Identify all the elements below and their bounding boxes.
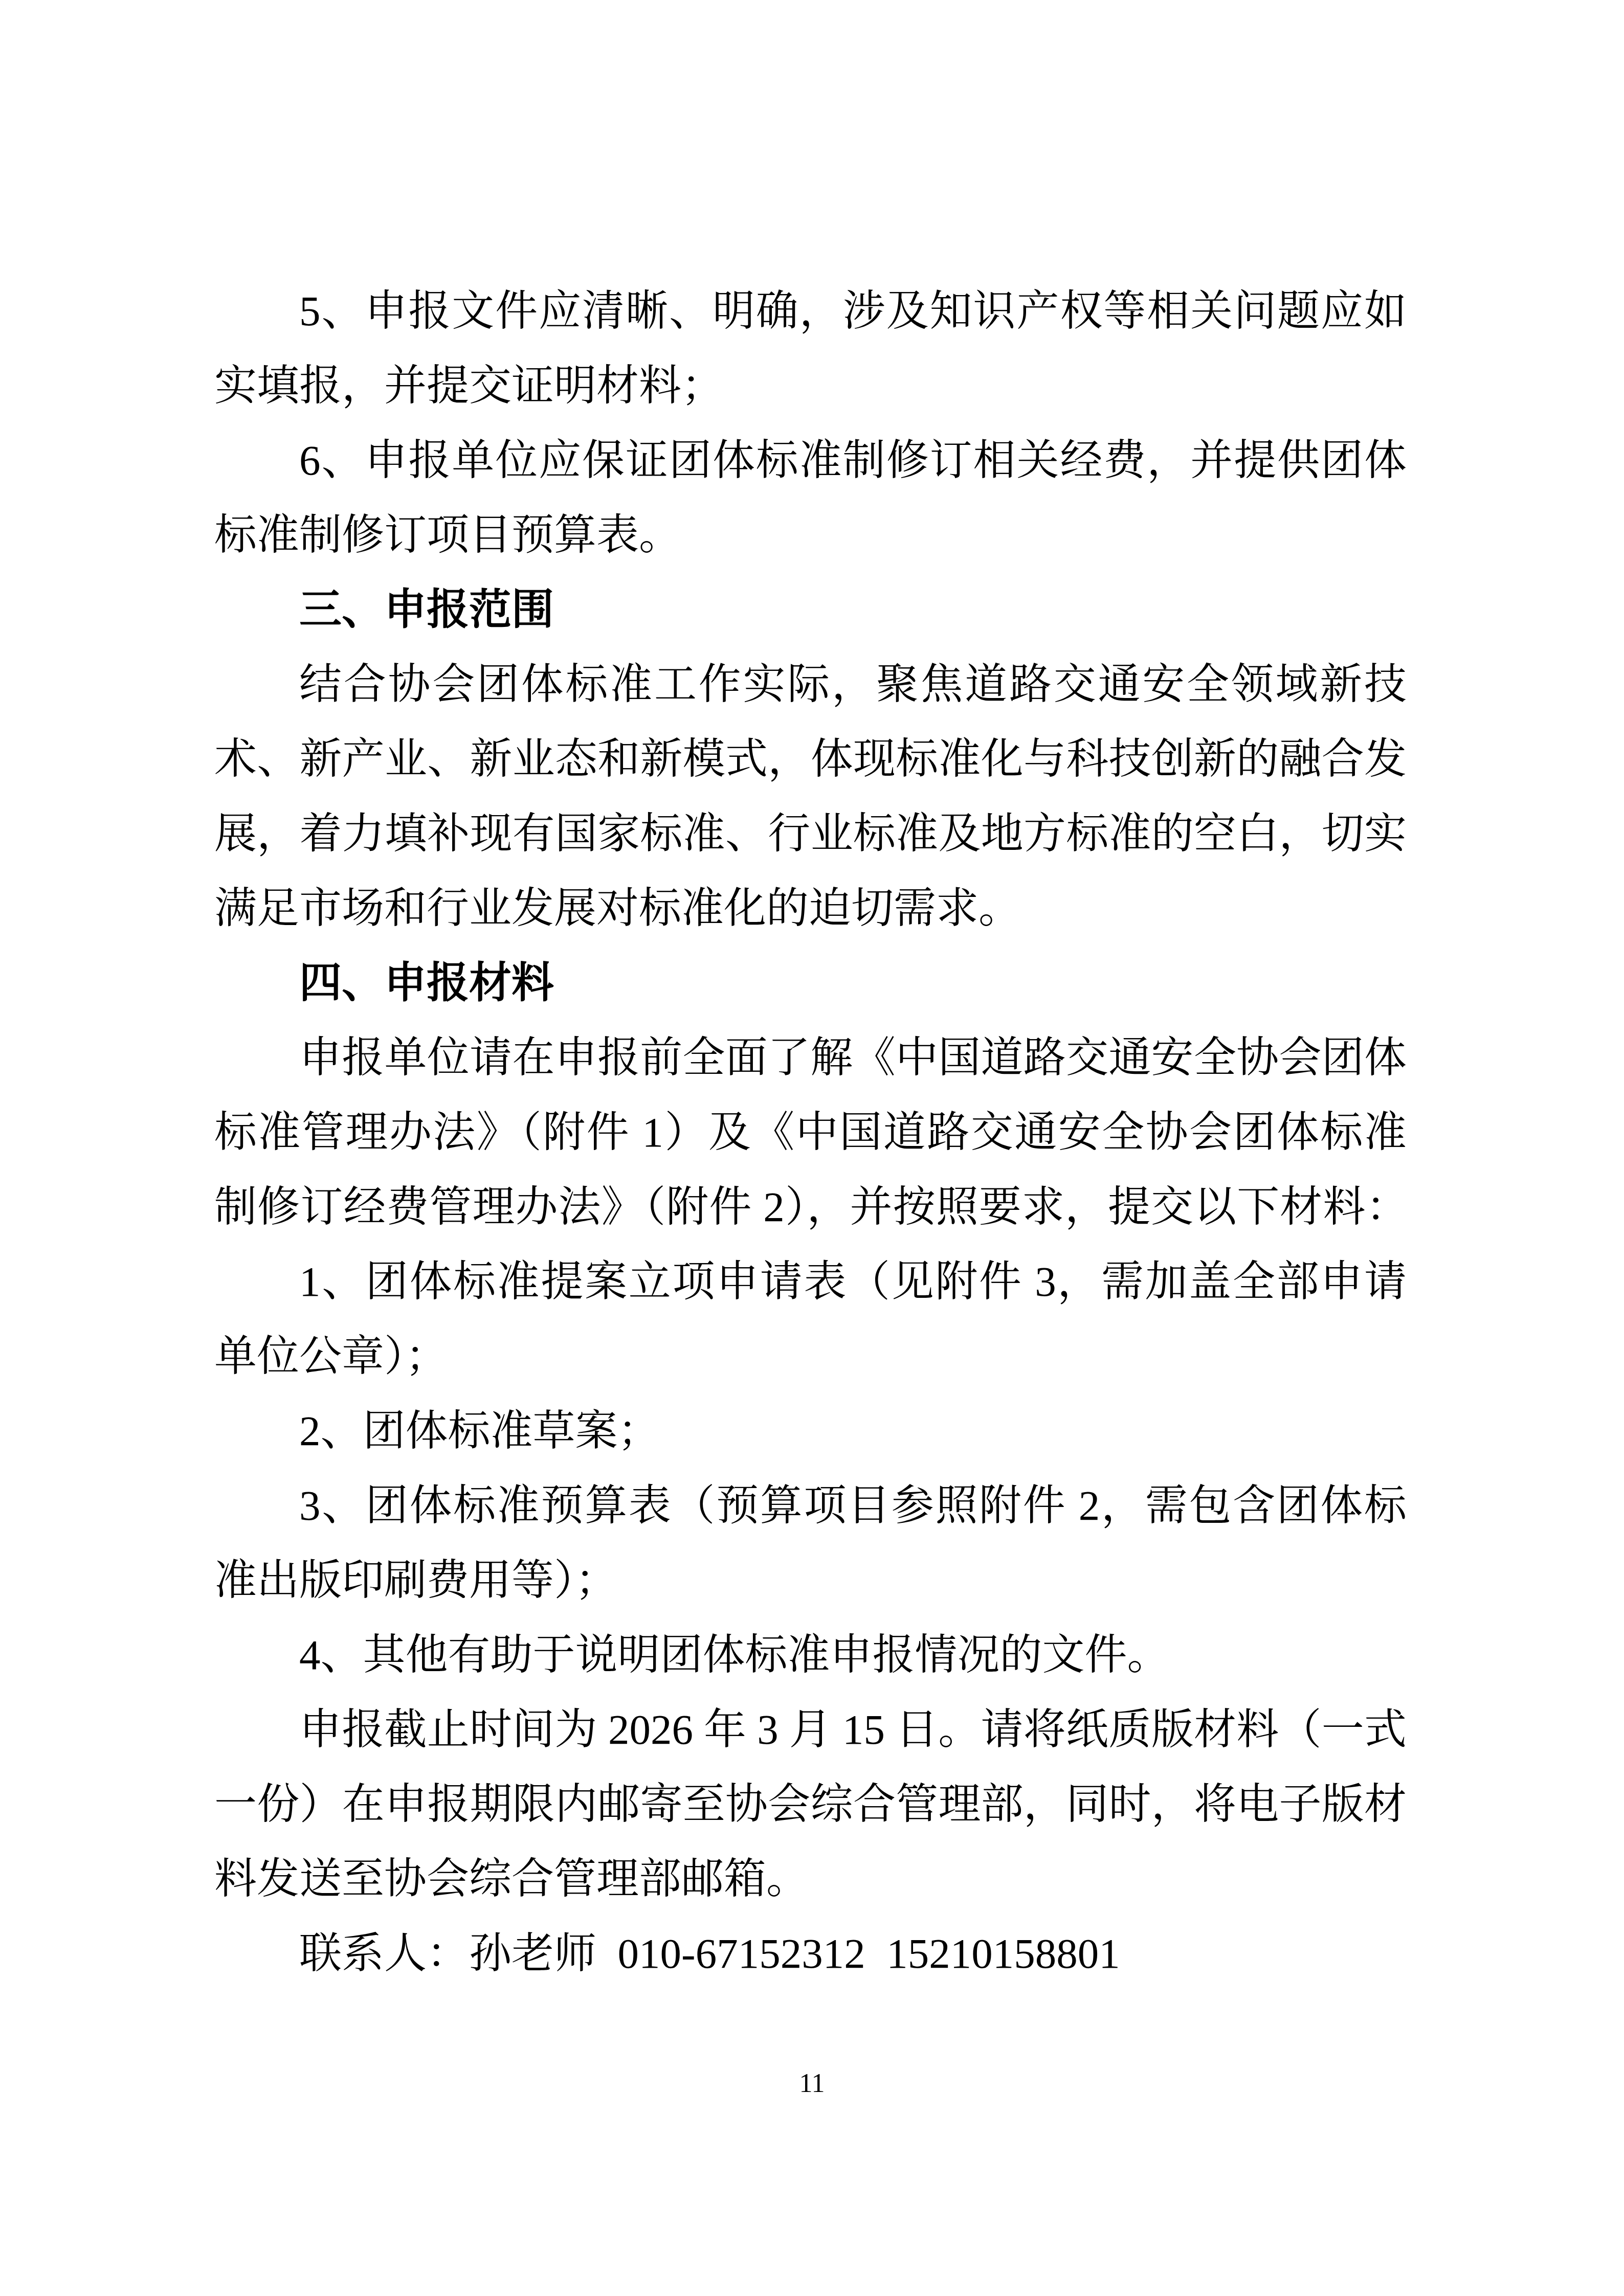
text-line: 申报单位请在申报前全面了解《中国道路交通安全协会团体: [214, 1020, 1407, 1095]
text-line: 2、团体标准草案；: [214, 1393, 1407, 1468]
text-line: 制修订经费管理办法》（附件 2），并按照要求，提交以下材料：: [214, 1169, 1407, 1244]
text-line: 3、团体标准预算表（预算项目参照附件 2，需包含团体标: [214, 1468, 1407, 1543]
text-line: 实填报，并提交证明材料；: [214, 348, 1407, 423]
page-number: 11: [0, 2068, 1624, 2099]
text-line: 料发送至协会综合管理部邮箱。: [214, 1841, 1407, 1916]
text-line: 5、申报文件应清晰、明确，涉及知识产权等相关问题应如: [214, 274, 1407, 348]
text-line: 术、新产业、新业态和新模式，体现标准化与科技创新的融合发: [214, 722, 1407, 796]
text-line: 标准管理办法》（附件 1）及《中国道路交通安全协会团体标准: [214, 1095, 1407, 1169]
text-line: 准出版印刷费用等）；: [214, 1543, 1407, 1617]
text-line: 单位公章）；: [214, 1319, 1407, 1393]
text-line: 申报截止时间为 2026 年 3 月 15 日。请将纸质版材料（一式: [214, 1692, 1407, 1767]
text-line: 6、申报单位应保证团体标准制修订相关经费，并提供团体: [214, 423, 1407, 498]
text-line: 标准制修订项目预算表。: [214, 498, 1407, 572]
text-line: 联系人：孙老师 010-67152312 15210158801: [214, 1916, 1407, 1991]
text-line: 1、团体标准提案立项申请表（见附件 3，需加盖全部申请: [214, 1244, 1407, 1319]
document-body: 5、申报文件应清晰、明确，涉及知识产权等相关问题应如实填报，并提交证明材料；6、…: [214, 274, 1407, 1991]
text-line: 一份）在申报期限内邮寄至协会综合管理部，同时，将电子版材: [214, 1767, 1407, 1841]
text-line: 结合协会团体标准工作实际，聚焦道路交通安全领域新技: [214, 647, 1407, 722]
text-line: 展，着力填补现有国家标准、行业标准及地方标准的空白，切实: [214, 796, 1407, 871]
section-heading: 三、申报范围: [214, 572, 1407, 647]
document-page: 5、申报文件应清晰、明确，涉及知识产权等相关问题应如实填报，并提交证明材料；6、…: [0, 0, 1624, 2296]
text-line: 满足市场和行业发展对标准化的迫切需求。: [214, 871, 1407, 946]
section-heading: 四、申报材料: [214, 946, 1407, 1020]
text-line: 4、其他有助于说明团体标准申报情况的文件。: [214, 1617, 1407, 1692]
